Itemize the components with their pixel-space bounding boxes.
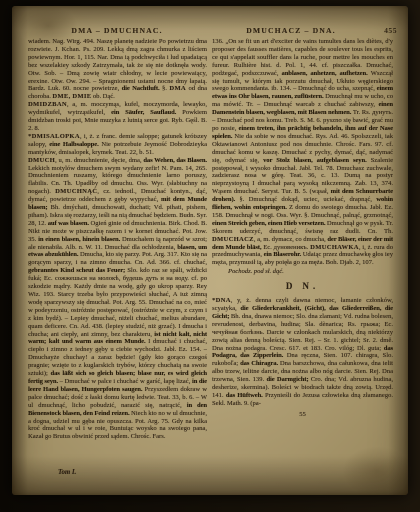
scanned-page: DMA – DMUCHNAC. DMUCHACZ – DNA. 455 wiad… — [12, 6, 408, 495]
text-segment: wiadem. Nag. Wirg. 494. Naszę planetę na… — [28, 38, 207, 92]
headword: DMUCHNĄĆ — [55, 188, 97, 195]
headword: DME, DMIE — [52, 93, 91, 100]
scan-background: DMA – DMUCHNAC. DMUCHACZ – DNA. 455 wiad… — [0, 0, 420, 512]
signature-mark: 55 — [212, 411, 393, 419]
running-head-left: DMA – DMUCHNAC. — [24, 26, 210, 35]
text-column-right: 136. „On se fit un art d'exciter de vain… — [212, 38, 393, 480]
german-gloss: ein Blaserohr. — [264, 251, 303, 258]
text-segment: Pochodz. pod sł. dąć. — [228, 268, 284, 275]
section-heading-dn: D N. — [212, 283, 393, 291]
german-gloss: das Chiragra. — [240, 360, 280, 367]
german-gloss: gebranntes Kind scheut das Feuer; — [28, 267, 127, 274]
text-segment: – Dmuchać w palce i chuchać w garść, łap… — [60, 378, 192, 385]
headword: *DNA — [212, 297, 231, 304]
german-gloss: eine Halbsaloppe. — [49, 141, 101, 148]
german-gloss: die Darmgicht; — [266, 376, 310, 383]
text-segment: 55 — [299, 411, 306, 418]
derivation-note: Pochodz. pod sł. dąć. — [212, 268, 393, 276]
german-gloss: in einen blasen, hinein blasen. — [38, 236, 122, 243]
entry-dmisalopka: *DMISALOPKA, i, ż. z franc. demie salopp… — [28, 133, 207, 157]
headword: DMUCH — [28, 157, 55, 164]
headword: DMIDZBAN — [28, 101, 67, 108]
german-gloss: ein Säufer, Sauflaud. — [111, 109, 182, 116]
text-segment: Bh. dna, dnawa niemoc; Slo. dna zlamani;… — [212, 313, 393, 352]
text-segment: ob. Dąć. — [91, 93, 114, 100]
german-gloss: vor Stolz blasen, aufgeblasen seyn. — [263, 157, 371, 164]
headword: DMA — [169, 85, 186, 92]
running-head-right: DMUCHACZ – DNA. — [212, 26, 370, 35]
german-gloss: das Hüftweh. — [226, 392, 265, 399]
german-gloss: auf was blasen. — [48, 220, 91, 227]
headword: DMUCHACZ — [212, 236, 254, 243]
headword: DMUCHAWKA — [310, 244, 359, 251]
text-segment: Slo. kdo raz se spáli, wždicki fuká; Ec.… — [28, 267, 207, 337]
entry-dmidzban: DMIDZBAN, a, m. moczymąs, kufel, moczymo… — [28, 101, 207, 133]
text-segment: , a, m. dymacz, co dmucha, — [254, 236, 328, 243]
text-segment: , u, m. dmuchnienie, dęcie, dma, — [55, 157, 143, 164]
german-gloss: die Nachtluft. — [122, 85, 162, 92]
text-segment: D N. — [286, 281, 319, 291]
german-gloss: anblasen, anhetzen, aufhetzen. — [282, 70, 371, 77]
german-gloss: einen Streich geben, einen Hieb versetze… — [212, 220, 327, 227]
volume-mark: Tom I. — [28, 469, 237, 476]
entry-dmuchac-continuation: 136. „On se fit un art d'exciter de vain… — [212, 38, 393, 267]
text-segment: Ec. дуновеникъ. — [263, 244, 310, 251]
entry-dna: *DNA, y, ż. denna czyli dawna niemoc, ła… — [212, 297, 393, 408]
headword: *DMISALOPKA — [28, 133, 80, 140]
entry-dmuch-dmuchnac: DMUCH, u, m. dmuchnienie, dęcie, dma, da… — [28, 157, 207, 442]
german-gloss: das Wehen, das Blasen. — [143, 157, 207, 164]
text-column-left: wiadem. Nag. Wirg. 494. Naszę planetę na… — [28, 38, 207, 468]
page-number: 455 — [384, 26, 397, 35]
text-segment: §. Dmuchnąć dokąd, uciec, uciekać, drapn… — [239, 196, 376, 203]
entry-dma-continuation: wiadem. Nag. Wirg. 494. Naszę planetę na… — [28, 38, 207, 101]
